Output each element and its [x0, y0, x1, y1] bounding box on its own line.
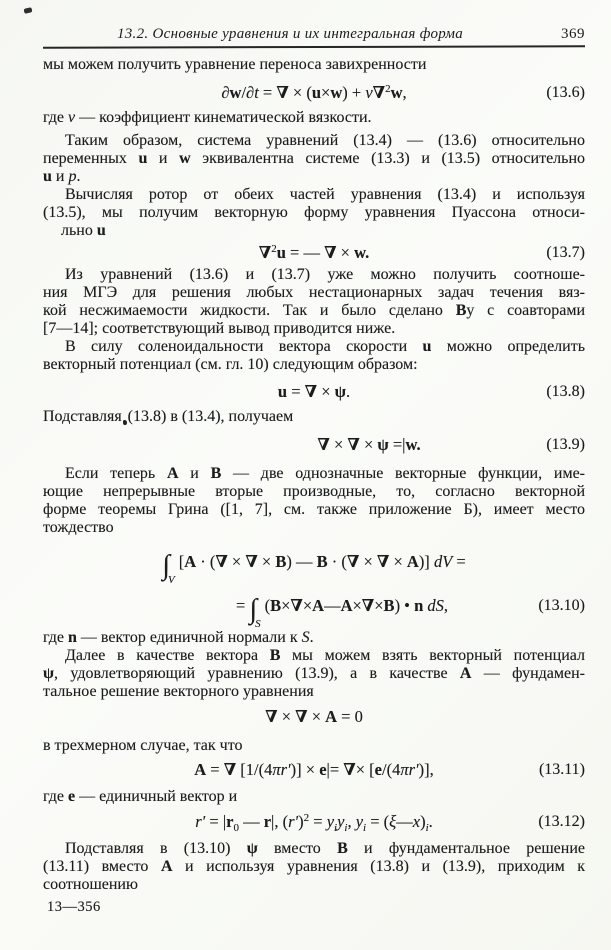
- text-line: ющие непрерывные вторые производные, то,…: [43, 483, 585, 501]
- header-rule: [43, 45, 585, 48]
- text-line: Таким образом, система уравнений (13.4) …: [43, 132, 585, 150]
- formula: ∂w/∂t = ∇ × (u×w) + ν∇2w,: [221, 83, 406, 103]
- equation-number: (13.11): [539, 759, 585, 781]
- text-line: форме теоремы Грина ([1, 7], см. также п…: [43, 501, 585, 519]
- formula: r′ = |r0 — r|, (r′)2 = yiyi, yi = (ξ—x)i…: [195, 811, 433, 833]
- text-line: тальное решение векторного уравнения: [43, 683, 585, 701]
- equation-number: (13.9): [546, 435, 585, 455]
- text-line: Подставляя(13.8) в (13.4), получаем: [43, 408, 585, 426]
- equation-13-12: r′ = |r0 — r|, (r′)2 = yiyi, yi = (ξ—x)i…: [43, 811, 585, 833]
- text-line: u и p.: [43, 168, 585, 186]
- text-line: где n — вектор единичной нормали к S.: [43, 629, 585, 647]
- text-line: ψ, удовлетворяющий уравнению (13.9), а в…: [43, 665, 585, 683]
- equation-number: (13.6): [546, 83, 585, 103]
- text-body: мы можем получить уравнение переноса зав…: [43, 56, 585, 916]
- equation-unnumbered: ∇ × ∇ × A = 0: [43, 707, 585, 727]
- paragraph: Подставляя в (13.10) ψ вместо B и фундам…: [43, 840, 585, 894]
- scan-artifact-speck: [24, 7, 33, 14]
- page-content: 13.2. Основные уравнения и их интегральн…: [43, 24, 585, 916]
- page-number: 369: [537, 24, 585, 44]
- page-footer: 13—356: [43, 898, 585, 916]
- paragraph: Таким образом, система уравнений (13.4) …: [43, 132, 585, 186]
- equation-number: (13.7): [546, 243, 585, 263]
- formula: ∫V[A · (∇ × ∇ × B) — B · (∇ × ∇ × A)] dV…: [162, 545, 465, 580]
- text-line: кой несжимаемости жидкости. Так и было с…: [43, 302, 585, 320]
- formula: = ∫S(B×∇×A—A×∇×B) • n dS,: [236, 589, 448, 624]
- text-line: тождество: [43, 519, 585, 537]
- equation-number: (13.12): [538, 811, 585, 833]
- running-head: 13.2. Основные уравнения и их интегральн…: [43, 24, 585, 48]
- section-title: 13.2. Основные уравнения и их интегральн…: [43, 24, 537, 44]
- formula: u = ∇ × ψ.: [278, 382, 350, 402]
- text-line: где e — единичный вектор и: [43, 788, 585, 806]
- text-line: Подставляя в (13.10) ψ вместо B и фундам…: [43, 840, 585, 858]
- print-signature: 13—356: [43, 898, 585, 916]
- paragraph: Из уравнений (13.6) и (13.7) уже можно п…: [43, 266, 585, 338]
- text-line: Далее в качестве вектора B мы можем взят…: [43, 647, 585, 665]
- equation-13-11: A = ∇ [1/(4πr′)] × e|= ∇× [e/(4πr′)], (1…: [43, 759, 585, 781]
- text-line: переменных u и w эквивалентна системе (1…: [43, 150, 585, 168]
- text-line: Если теперь A и B — две однозначные вект…: [43, 465, 585, 483]
- text-line: льно u: [43, 222, 585, 240]
- paragraph: Вычисляя ротор от обеих частей уравнения…: [43, 186, 585, 240]
- equation-13-6: ∂w/∂t = ∇ × (u×w) + ν∇2w, (13.6): [43, 83, 585, 103]
- text-line: (13.5), мы получим векторную форму уравн…: [43, 204, 585, 222]
- text-line: в трехмерном случае, так что: [43, 737, 585, 755]
- text-line: векторный потенциал (см. гл. 10) следующ…: [43, 356, 585, 374]
- equation-13-8: u = ∇ × ψ. (13.8): [43, 382, 585, 402]
- equation-13-9: ∇ × ∇ × ψ =|w. (13.9): [43, 435, 585, 455]
- text-line: ния МГЭ для решения любых нестационарных…: [43, 284, 585, 302]
- equation-number: (13.10): [538, 589, 585, 623]
- equation-13-10-line1: ∫V[A · (∇ × ∇ × B) — B · (∇ × ∇ × A)] dV…: [43, 545, 585, 579]
- equation-13-10-line2: = ∫S(B×∇×A—A×∇×B) • n dS, (13.10): [43, 589, 585, 623]
- formula: ∇ × ∇ × ψ =|w.: [317, 435, 420, 455]
- text-line: Вычисляя ротор от обеих частей уравнения…: [43, 186, 585, 204]
- text-line: соотношению: [43, 876, 585, 894]
- paragraph: В силу соленоидальности вектора скорости…: [43, 338, 585, 374]
- scanned-book-page: 13.2. Основные уравнения и их интегральн…: [0, 0, 611, 950]
- equation-13-7: ∇2u = — ∇ × w. (13.7): [43, 243, 585, 263]
- text-line: В силу соленоидальности вектора скорости…: [43, 338, 585, 356]
- paragraph: Если теперь A и B — две однозначные вект…: [43, 465, 585, 537]
- paragraph: Далее в качестве вектора B мы можем взят…: [43, 647, 585, 701]
- text-line: мы можем получить уравнение переноса зав…: [43, 56, 585, 74]
- text-line: [7—14]; соответствующий вывод приводится…: [43, 320, 585, 338]
- equation-number: (13.8): [546, 382, 585, 402]
- text-line: (13.11) вместо A и используя уравнения (…: [43, 858, 585, 876]
- formula: ∇2u = — ∇ × w.: [259, 243, 369, 263]
- formula: A = ∇ [1/(4πr′)] × e|= ∇× [e/(4πr′)],: [194, 759, 434, 781]
- text-line: Из уравнений (13.6) и (13.7) уже можно п…: [43, 266, 585, 284]
- formula: ∇ × ∇ × A = 0: [265, 707, 363, 727]
- text-line: где ν — коэффициент кинематической вязко…: [43, 109, 585, 127]
